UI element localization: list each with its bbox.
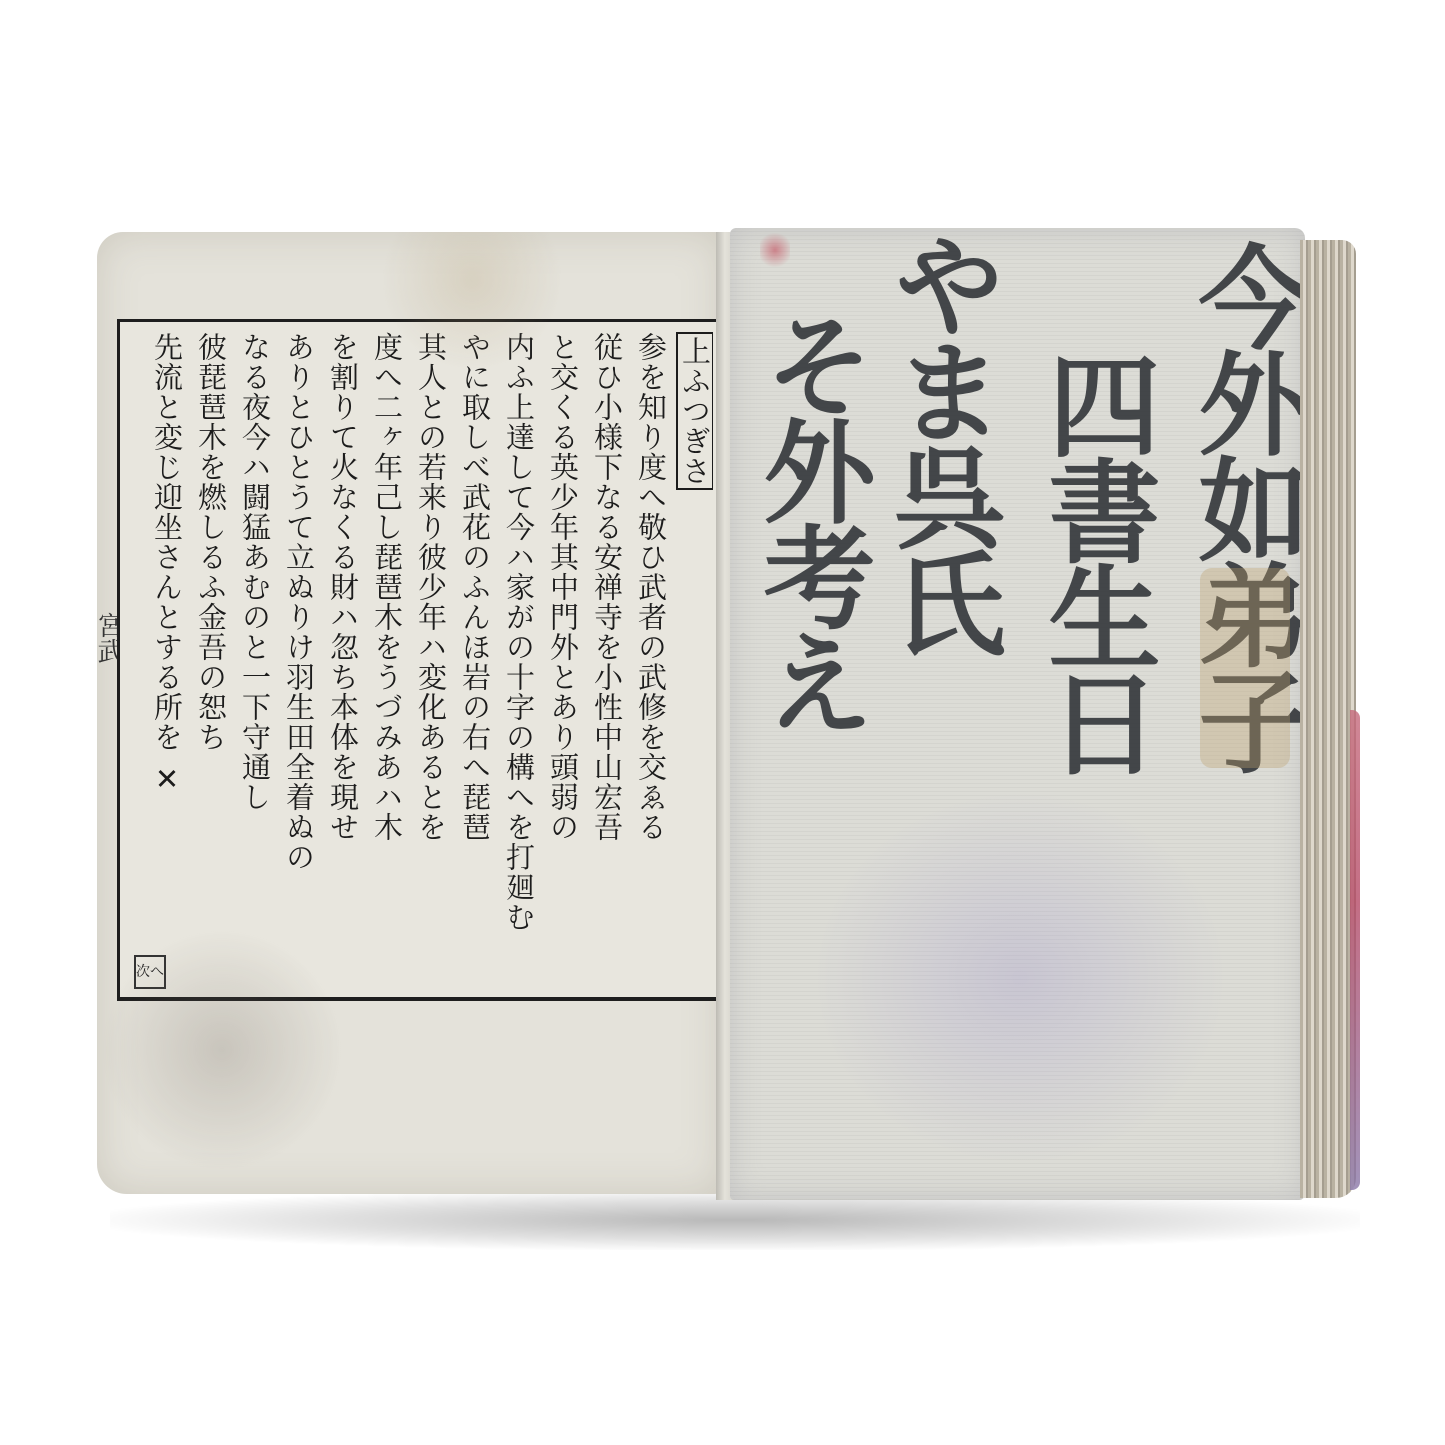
text-column: 度へ二ヶ年己し琵琶木をうづみあハ木 <box>365 332 405 987</box>
text-column: 彼琵琶木を燃しるふ金吾の恕ち <box>189 332 229 987</box>
text-column: 内ふ上達して今ハ家がの十字の構へを打廻む <box>497 332 537 987</box>
calligraphy-column: やま呉氏 <box>880 228 1000 652</box>
red-ink-stain <box>760 230 790 270</box>
left-page: 宮武 上ふつぎさ 参を知り度へ敬ひ武者の武修を交ゑる 従ひ小様下なる安禅寺を小性… <box>97 232 722 1194</box>
calligraphy-column: そ外考え <box>750 308 870 732</box>
text-column: と交くる英少年其中門外とあり頭弱の <box>541 332 581 987</box>
text-column: を割りて火なくる財ハ忽ち本体を現せ <box>321 332 361 987</box>
text-column: なる夜今ハ闘猛あむのと一下守通し <box>233 332 273 987</box>
text-column: ありとひとうて立ぬりけ羽生田全着ぬの <box>277 332 317 987</box>
text-columns: 上ふつぎさ 参を知り度へ敬ひ武者の武修を交ゑる 従ひ小様下なる安禅寺を小性中山宏… <box>130 332 713 987</box>
text-column: 其人との若来り彼少年ハ変化あるとを <box>409 332 449 987</box>
text-column: 上ふつぎさ <box>673 332 713 987</box>
text-column: 先流と変じ迎坐さんとする所を ✕ <box>145 332 185 987</box>
text-column: 従ひ小様下なる安禅寺を小性中山宏吾 <box>585 332 625 987</box>
calligraphy-column: 四書生日 <box>1035 348 1155 772</box>
right-page: 今外如弟子 四書生日 やま呉氏 そ外考え <box>730 228 1305 1200</box>
text-column: 参を知り度へ敬ひ武者の武修を交ゑる <box>629 332 669 987</box>
text-column: やに取しべ武花のふんほ岩の右へ琵琶 <box>453 332 493 987</box>
text-frame: 上ふつぎさ 参を知り度へ敬ひ武者の武修を交ゑる 従ひ小様下なる安禅寺を小性中山宏… <box>117 319 727 1001</box>
calligraphy-column: 今外如弟子 <box>1185 240 1305 770</box>
page-mark: 次へ <box>134 955 166 989</box>
page-edges <box>1300 240 1356 1198</box>
heading-box: 上ふつぎさ <box>676 332 713 490</box>
